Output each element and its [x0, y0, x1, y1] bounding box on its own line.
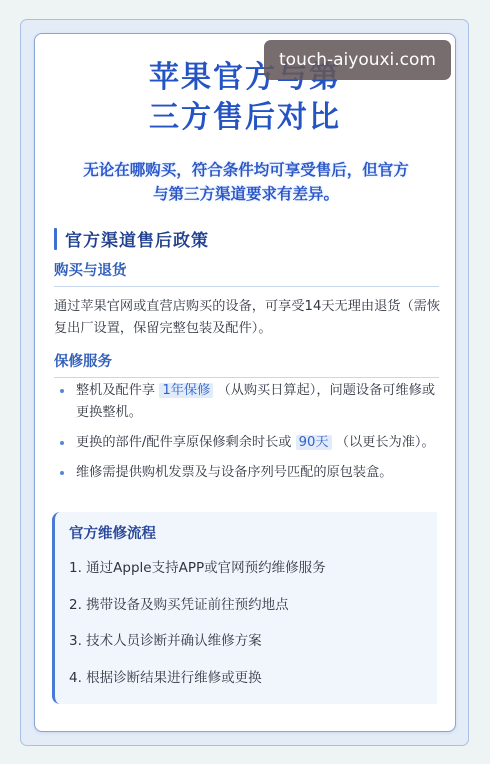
highlight-badge: 90天: [296, 435, 332, 450]
process-step: 3. 技术人员诊断并确认维修方案: [69, 631, 326, 651]
process-step: 1. 通过Apple支持APP或官网预约维修服务: [69, 558, 326, 578]
subtitle-line-1: 无论在哪购买，符合条件均可享受售后，但官方: [50, 158, 442, 182]
purchase-return-text: 通过苹果官网或直营店购买的设备，可享受14天无理由退货（需恢复出厂设置，保留完整…: [54, 296, 444, 340]
bullet-icon: [60, 389, 64, 393]
section-heading: 官方渠道售后政策: [54, 226, 209, 251]
section-heading-text: 官方渠道售后政策: [65, 226, 209, 251]
repair-process-box: 官方维修流程 1. 通过Apple支持APP或官网预约维修服务 2. 携带设备及…: [52, 512, 437, 704]
list-item: 整机及配件享 1年保修 （从购买日算起），问题设备可维修或更换整机。: [54, 380, 444, 424]
bullet-icon: [60, 471, 64, 475]
warranty-heading: 保修服务: [54, 350, 439, 378]
accent-bar: [54, 228, 57, 250]
process-step: 2. 携带设备及购买凭证前往预约地点: [69, 595, 326, 615]
warranty-list: 整机及配件享 1年保修 （从购买日算起），问题设备可维修或更换整机。 更换的部件…: [54, 380, 444, 492]
list-item: 更换的部件/配件享原保修剩余时长或 90天 （以更长为准）。: [54, 432, 444, 454]
watermark-badge: touch-aiyouxi.com: [264, 40, 451, 80]
list-item: 维修需提供购机发票及与设备序列号匹配的原包装盒。: [54, 462, 444, 484]
process-title: 官方维修流程: [69, 522, 156, 543]
process-step: 4. 根据诊断结果进行维修或更换: [69, 668, 326, 688]
subtitle: 无论在哪购买，符合条件均可享受售后，但官方 与第三方渠道要求有差异。: [50, 158, 442, 206]
subtitle-line-2: 与第三方渠道要求有差异。: [50, 182, 442, 206]
bullet-icon: [60, 441, 64, 445]
highlight-badge: 1年保修: [159, 383, 213, 398]
title-line-2: 三方售后对比: [34, 98, 456, 138]
purchase-return-heading: 购买与退货: [54, 259, 439, 287]
process-steps: 1. 通过Apple支持APP或官网预约维修服务 2. 携带设备及购买凭证前往预…: [69, 558, 326, 704]
